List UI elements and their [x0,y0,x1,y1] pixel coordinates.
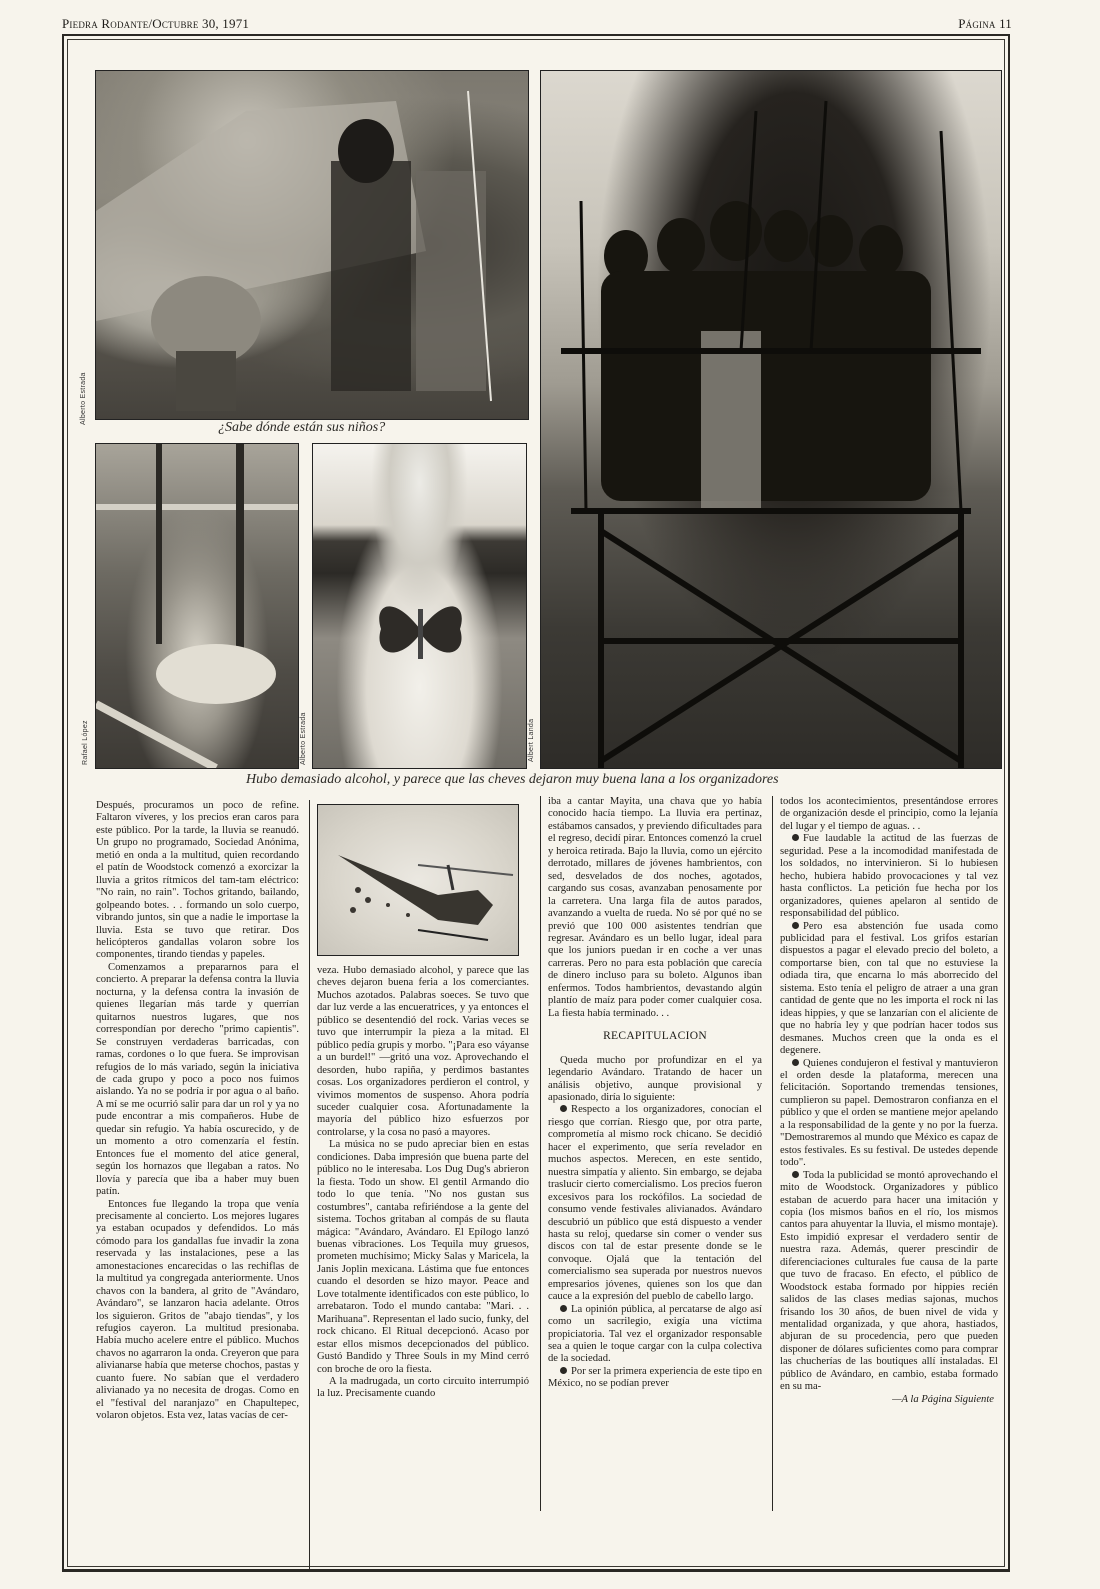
paragraph: La música no se pudo apreciar bien en es… [317,1139,529,1376]
bullet-icon [792,1171,799,1178]
bullet-paragraph: Quienes condujeron el festival y mantuvi… [780,1058,998,1170]
bullet-icon [792,1059,799,1066]
running-head: Piedra Rodante/Octubre 30, 1971 Página 1… [62,12,1012,34]
bottom-rule [62,1569,1010,1571]
publication-dateline: Piedra Rodante/Octubre 30, 1971 [62,16,249,32]
continued-link[interactable]: —A la Página Siguiente [780,1394,998,1406]
caption-children: ¿Sabe dónde están sus niños? [218,420,385,436]
butterfly-icon [373,594,468,664]
bullet-paragraph: Por ser la primera experiencia de este t… [548,1366,762,1391]
bullet-icon [792,922,799,929]
column-rule [772,796,773,1511]
caption-alcohol: Hubo demasiado alcohol, y parece que las… [246,772,779,788]
bullet-paragraph: Toda la publicidad se montó aprovechando… [780,1170,998,1394]
section-subhead: RECAPITULACION [548,1030,762,1042]
photo-helicopter [317,804,519,956]
paragraph: Queda mucho por profundizar en el ya leg… [548,1055,762,1105]
paragraph: Después, procuramos un poco de refine. F… [96,800,299,962]
bullet-paragraph: Fue laudable la actitud de las fuerzas d… [780,833,998,920]
bullet-icon [560,1105,567,1112]
paragraph: veza. Hubo demasiado alcohol, y parece q… [317,965,529,1139]
column-rule [540,796,541,1511]
article-column-2: veza. Hubo demasiado alcohol, y parece q… [317,965,529,1401]
photo-credit: Alberto Estrada [80,372,87,425]
article-column-4: todos los acontecimientos, presentándose… [780,796,998,1406]
article-column-1: Después, procuramos un poco de refine. F… [96,800,299,1423]
bullet-paragraph: Respecto a los organizadores, conocían e… [548,1104,762,1303]
photo-credit: Alberto Estrada [300,712,307,765]
tent-illustration-icon [96,71,528,419]
helicopter-icon [318,805,518,955]
photo-credit: Rafael López [82,720,89,765]
paragraph: todos los acontecimientos, presentándose… [780,796,998,833]
article-column-3: iba a cantar Mayita, una chava que yo ha… [548,796,762,1391]
bullet-paragraph: Pero esa abstención fue usada como publi… [780,921,998,1058]
bullet-paragraph: La opinión pública, al percatarse de alg… [548,1304,762,1366]
photo-scaffold-crowd [540,70,1002,769]
scaffold-illustration-icon [541,71,1001,768]
paragraph: iba a cantar Mayita, una chava que yo ha… [548,796,762,1020]
bullet-icon [560,1367,567,1374]
paragraph: Comenzamos a prepararnos para el concier… [96,962,299,1199]
photo-child-tent [95,70,529,420]
page-number: Página 11 [958,16,1012,32]
photo-people-in-mud [95,443,299,769]
bullet-icon [560,1305,567,1312]
paragraph: A la madrugada, un corto circuito interr… [317,1376,529,1401]
mud-illustration-icon [96,444,298,768]
bullet-icon [792,834,799,841]
photo-butterfly-vest [312,443,527,769]
photo-credit: Albert Landa [528,719,535,762]
column-rule [309,800,310,1570]
paragraph: Entonces fue llegando la tropa que venía… [96,1199,299,1423]
